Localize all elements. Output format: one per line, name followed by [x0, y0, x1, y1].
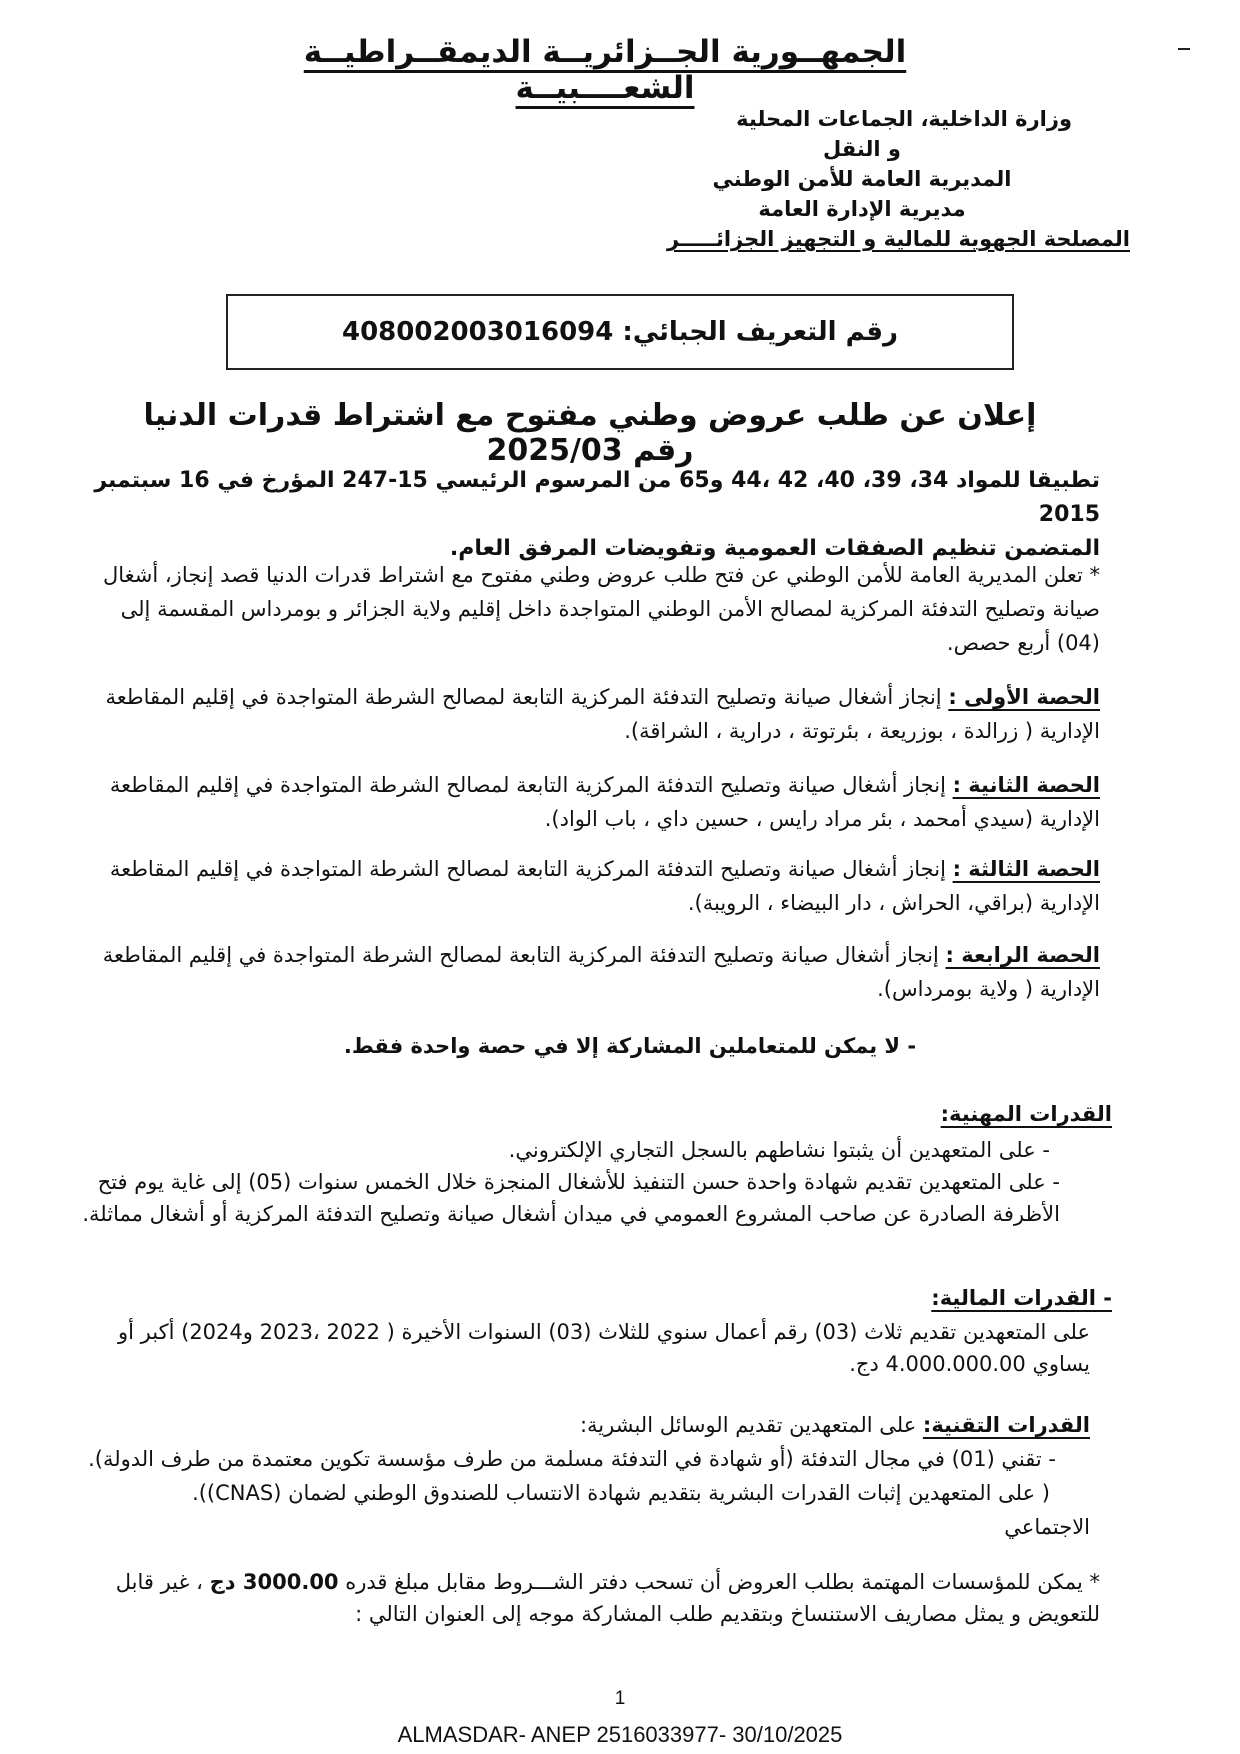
technical-item-2: ( على المتعهدين إثبات القدرات البشرية بت… — [80, 1476, 1090, 1510]
legal-reference: تطبيقا للمواد 34، 39، 40، 42 ،44 و65 من … — [90, 464, 1100, 566]
lot-3-text: إنجاز أشغال صيانة وتصليح التدفئة المركزي… — [110, 857, 1100, 915]
lot-2-text: إنجاز أشغال صيانة وتصليح التدفئة المركزي… — [110, 773, 1100, 831]
legal-reference-line1: تطبيقا للمواد 34، 39، 40، 42 ،44 و65 من … — [90, 464, 1100, 532]
ministry-transport: و النقل — [652, 134, 1072, 164]
fiscal-id-box: رقم التعريف الجبائي: 408002003016094 — [226, 294, 1014, 370]
regional-service: المصلحة الجهوية للمالية و التجهيز الجزائ… — [652, 224, 1130, 254]
page-number: 1 — [0, 1688, 1240, 1710]
lot-1-label: الحصة الأولى : — [948, 685, 1100, 709]
professional-item-1: - على المتعهدين أن يثبتوا نشاطهم بالسجل … — [80, 1134, 1090, 1166]
professional-capacity-title: القدرات المهنية: — [941, 1102, 1112, 1126]
withdrawal-text-before: * يمكن للمؤسسات المهتمة بطلب العروض أن ت… — [345, 1570, 1100, 1594]
professional-item-2: - على المتعهدين تقديم شهادة واحدة حسن ال… — [80, 1166, 1090, 1230]
technical-capacity-title: القدرات التقنية: — [923, 1413, 1090, 1437]
lot-2-label: الحصة الثانية : — [953, 773, 1100, 797]
lot-3: الحصة الثالثة : إنجاز أشغال صيانة وتصليح… — [80, 852, 1100, 920]
lot-4: الحصة الرابعة : إنجاز أشغال صيانة وتصليح… — [80, 938, 1100, 1006]
financial-capacity-title: - القدرات المالية: — [931, 1286, 1112, 1310]
directorate-general: المديرية العامة للأمن الوطني — [652, 164, 1072, 194]
single-lot-note: - لا يمكن للمتعاملين المشاركة إلا في حصة… — [200, 1034, 1060, 1058]
lot-3-label: الحصة الثالثة : — [953, 857, 1100, 881]
technical-capacity-heading: القدرات التقنية: على المتعهدين تقديم الو… — [80, 1408, 1090, 1442]
lot-2: الحصة الثانية : إنجاز أشغال صيانة وتصليح… — [80, 768, 1100, 836]
ministry-name: وزارة الداخلية، الجماعات المحلية — [652, 104, 1072, 134]
technical-capacity-intro: على المتعهدين تقديم الوسائل البشرية: — [580, 1413, 916, 1437]
directorate-admin: مديرية الإدارة العامة — [652, 194, 1072, 224]
announcement-page: الجمهــورية الجــزائريــة الديمقــراطيــ… — [0, 0, 1240, 1754]
professional-capacity-list: - على المتعهدين أن يثبتوا نشاطهم بالسجل … — [80, 1134, 1090, 1230]
financial-capacity-text: على المتعهدين تقديم ثلاث (03) رقم أعمال … — [80, 1316, 1090, 1380]
withdrawal-amount: 3000.00 دج — [210, 1570, 339, 1594]
lot-4-label: الحصة الرابعة : — [946, 943, 1101, 967]
fiscal-id-value: 408002003016094 — [342, 317, 613, 347]
announcement-title: إعلان عن طلب عروض وطني مفتوح مع اشتراط ق… — [120, 398, 1060, 468]
technical-item-1: - تقني (01) في مجال التدفئة (أو شهادة في… — [80, 1442, 1090, 1476]
fiscal-id-label: رقم التعريف الجبائي: — [622, 317, 898, 347]
intro-paragraph: * تعلن المديرية العامة للأمن الوطني عن ف… — [80, 558, 1100, 660]
technical-item-2-tail: الاجتماعي — [80, 1510, 1090, 1544]
republic-heading: الجمهــورية الجــزائريــة الديمقــراطيــ… — [300, 34, 910, 106]
ministry-block: وزارة الداخلية، الجماعات المحلية و النقل… — [652, 104, 1072, 254]
technical-capacity-block: القدرات التقنية: على المتعهدين تقديم الو… — [80, 1408, 1090, 1544]
specifications-withdrawal: * يمكن للمؤسسات المهتمة بطلب العروض أن ت… — [80, 1566, 1100, 1630]
lot-1: الحصة الأولى : إنجاز أشغال صيانة وتصليح … — [80, 680, 1100, 748]
publication-reference: ALMASDAR- ANEP 2516033977- 30/10/2025 — [0, 1722, 1240, 1748]
scan-mark — [1178, 48, 1190, 50]
